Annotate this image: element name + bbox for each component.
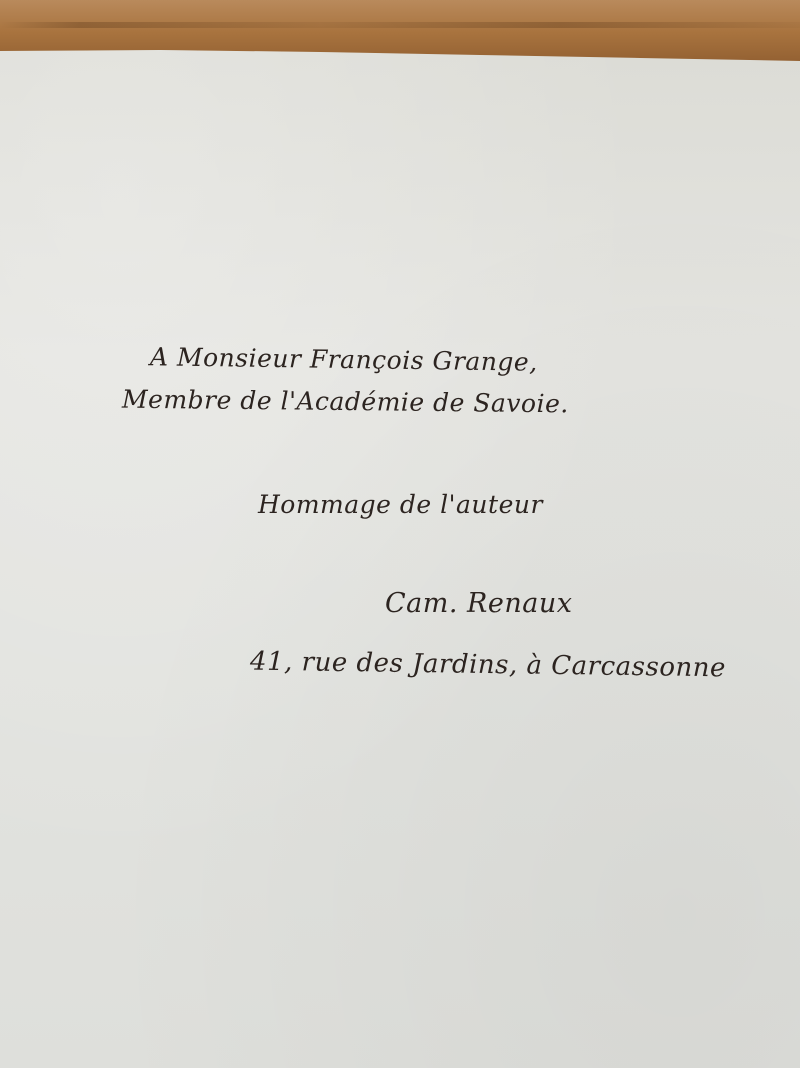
book-page (0, 50, 800, 1068)
dedication-homage-line: Hommage de l'auteur (258, 490, 543, 519)
author-signature: Cam. Renaux (385, 588, 572, 619)
wood-grain (0, 22, 800, 28)
dedication-title-line: Membre de l'Académie de Savoie. (122, 385, 569, 419)
dedication-recipient-line: A Monsieur François Grange, (150, 342, 538, 376)
